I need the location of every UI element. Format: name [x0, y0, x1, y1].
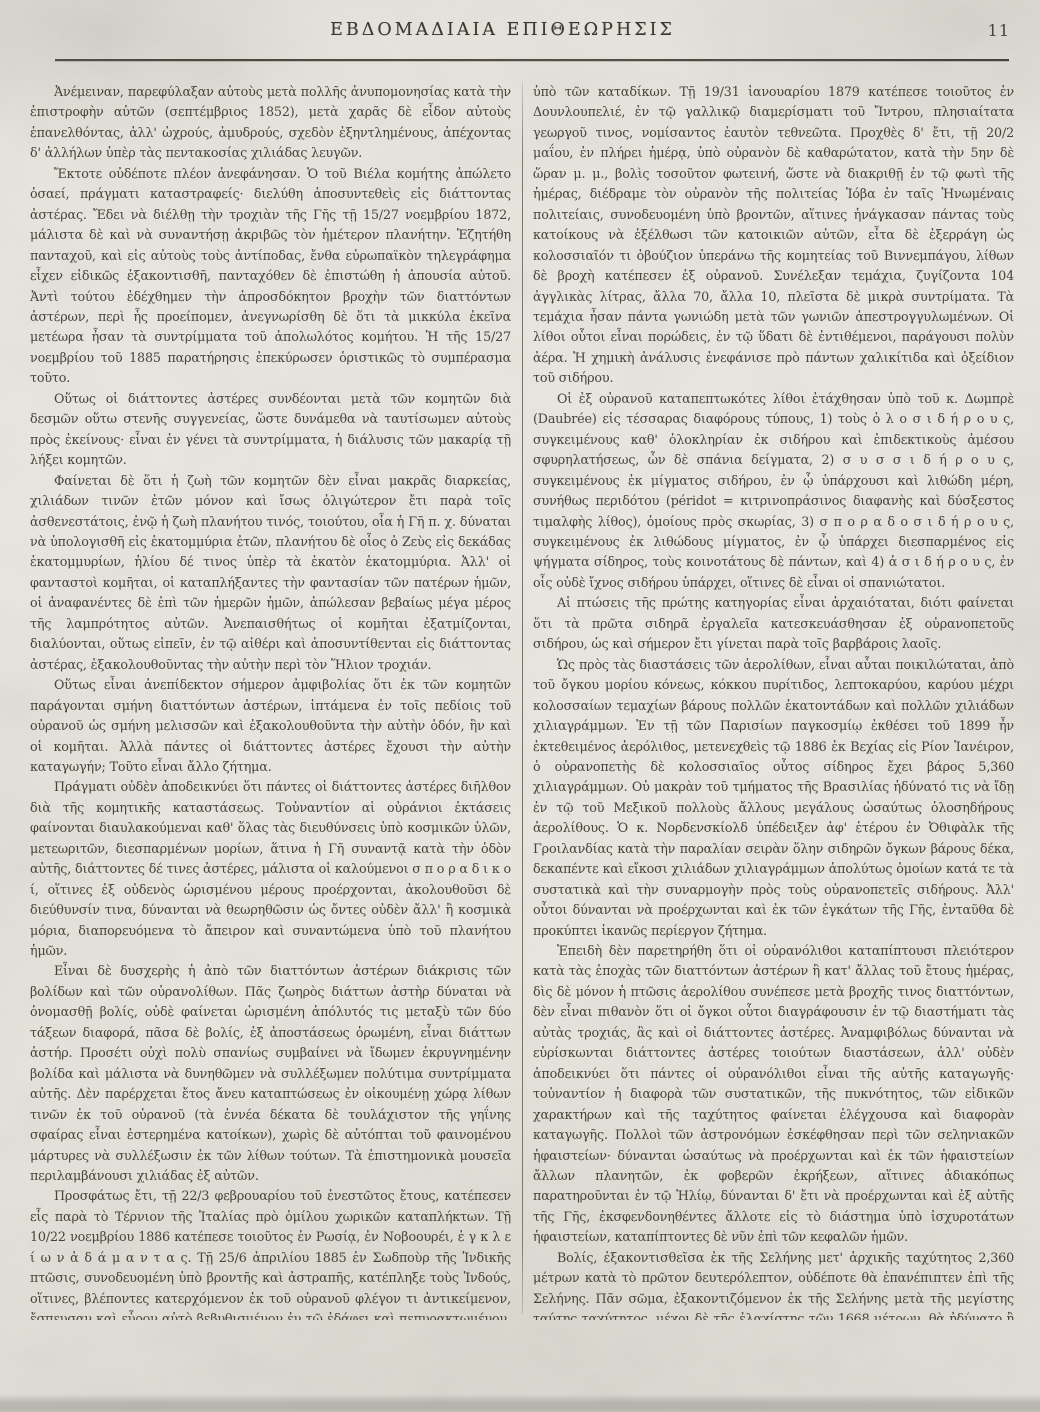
- page-number: 11: [988, 21, 1010, 40]
- scanned-periodical-page: ΕΒΔΟΜΑΔΙΑΙΑ ΕΠΙΘΕΩΡΗΣΙΣ 11 Ἀνέμειναν, πα…: [0, 0, 1040, 1412]
- paragraph: Ἀνέμειναν, παρεφύλαξαν αὐτοὺς μετὰ πολλῆ…: [30, 82, 511, 164]
- paragraph: Οἱ ἐξ οὐρανοῦ καταπεπτωκότες λίθοι ἐτάχθ…: [533, 389, 1014, 594]
- paragraph: Οὕτως οἱ διάττοντες ἀστέρες συνδέονται μ…: [30, 389, 511, 471]
- paragraph: Ἐπειδὴ δὲν παρετηρήθη ὅτι οἱ οὐρανόλιθοι…: [533, 941, 1014, 1248]
- paragraph: Προσφάτως ἔτι, τῇ 22/3 φεβρουαρίου τοῦ ἐ…: [30, 1186, 511, 1320]
- page-header: ΕΒΔΟΜΑΔΙΑΙΑ ΕΠΙΘΕΩΡΗΣΙΣ 11: [55, 20, 1010, 50]
- left-column: Ἀνέμειναν, παρεφύλαξαν αὐτοὺς μετὰ πολλῆ…: [30, 82, 511, 1320]
- publication-title: ΕΒΔΟΜΑΔΙΑΙΑ ΕΠΙΘΕΩΡΗΣΙΣ: [55, 20, 950, 40]
- paragraph: Φαίνεται δὲ ὅτι ἡ ζωὴ τῶν κομητῶν δὲν εἶ…: [30, 471, 511, 676]
- paragraph: Αἱ πτώσεις τῆς πρώτης κατηγορίας εἶναι ἀ…: [533, 593, 1014, 654]
- paragraph: Οὕτως εἶναι ἀνεπίδεκτον σήμερον ἀμφιβολί…: [30, 675, 511, 777]
- paragraph: ὑπὸ τῶν καταδίκων. Τῇ 19/31 ἰανουαρίου 1…: [533, 82, 1014, 389]
- paragraph: Ὡς πρὸς τὰς διαστάσεις τῶν ἀερολίθων, εἶ…: [533, 655, 1014, 941]
- paragraph: Ἔκτοτε οὐδέποτε πλέον ἀνεφάνησαν. Ὁ τοῦ …: [30, 164, 511, 389]
- paragraph: Βολίς, ἐξακοντισθεῖσα ἐκ τῆς Σελήνης μετ…: [533, 1248, 1014, 1320]
- column-divider-rule: [522, 82, 523, 1314]
- paragraph: Πράγματι οὐδὲν ἀποδεικνύει ὅτι πάντες οἱ…: [30, 777, 511, 961]
- header-rule: [55, 59, 1009, 61]
- text-columns: Ἀνέμειναν, παρεφύλαξαν αὐτοὺς μετὰ πολλῆ…: [30, 82, 1014, 1322]
- right-column: ὑπὸ τῶν καταδίκων. Τῇ 19/31 ἰανουαρίου 1…: [533, 82, 1014, 1320]
- scan-bottom-edge-shadow: [0, 1394, 1040, 1412]
- paragraph: Εἶναι δὲ δυσχερὴς ἡ ἀπὸ τῶν διαττόντων ἀ…: [30, 961, 511, 1186]
